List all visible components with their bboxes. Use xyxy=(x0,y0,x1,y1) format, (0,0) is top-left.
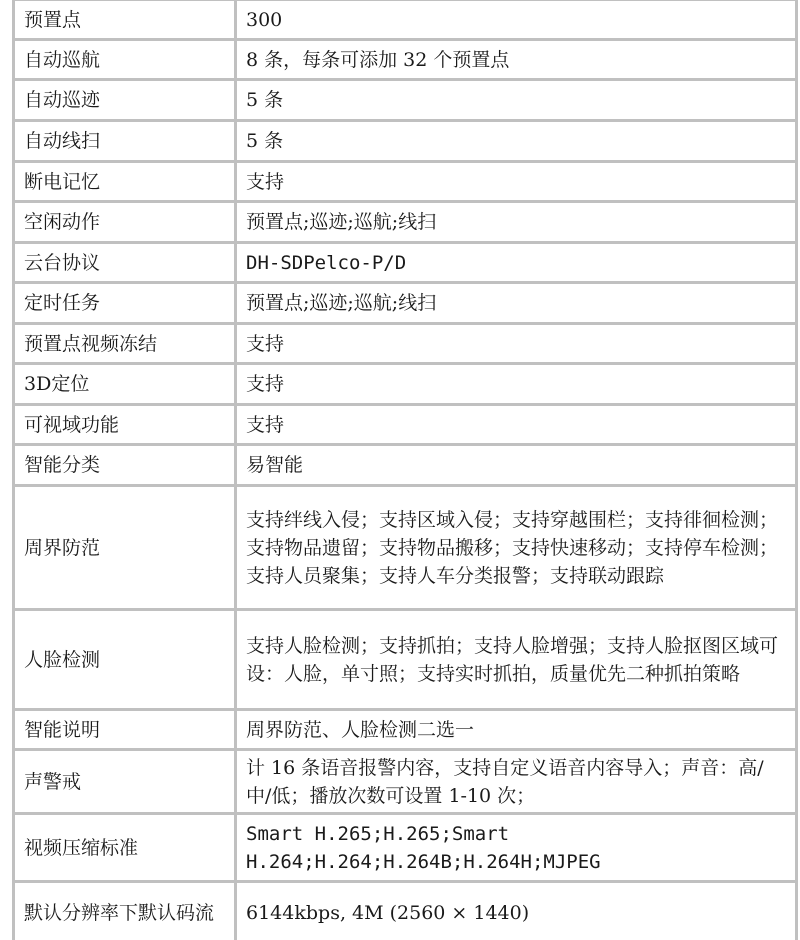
table-row: 人脸检测支持人脸检测；支持抓拍；支持人脸增强；支持人脸抠图区域可设：人脸，单寸照… xyxy=(14,610,797,710)
spec-value: 6144kbps, 4M (2560 × 1440) xyxy=(236,882,797,940)
spec-key: 断电记忆 xyxy=(14,162,236,202)
table-row: 智能分类易智能 xyxy=(14,445,797,486)
spec-key: 视频压缩标准 xyxy=(14,814,236,882)
spec-key: 自动巡迹 xyxy=(14,80,236,121)
spec-key: 预置点视频冻结 xyxy=(14,324,236,364)
spec-key: 空闲动作 xyxy=(14,202,236,243)
spec-table: 预置点300自动巡航8 条，每条可添加 32 个预置点自动巡迹5 条自动线扫5 … xyxy=(12,0,798,940)
table-row: 断电记忆支持 xyxy=(14,162,797,202)
spec-value: 周界防范、人脸检测二选一 xyxy=(236,710,797,750)
spec-value: DH-SDPelco-P/D xyxy=(236,243,797,283)
spec-value: 预置点;巡迹;巡航;线扫 xyxy=(236,202,797,243)
table-row: 3D定位支持 xyxy=(14,364,797,405)
spec-key: 智能分类 xyxy=(14,445,236,486)
spec-key: 自动线扫 xyxy=(14,121,236,162)
spec-key: 自动巡航 xyxy=(14,40,236,80)
spec-key: 人脸检测 xyxy=(14,610,236,710)
spec-key: 周界防范 xyxy=(14,486,236,610)
table-row: 云台协议DH-SDPelco-P/D xyxy=(14,243,797,283)
table-row: 视频压缩标准Smart H.265;H.265;Smart H.264;H.26… xyxy=(14,814,797,882)
spec-value: 5 条 xyxy=(236,80,797,121)
table-row: 空闲动作预置点;巡迹;巡航;线扫 xyxy=(14,202,797,243)
spec-key: 定时任务 xyxy=(14,283,236,324)
spec-value: 易智能 xyxy=(236,445,797,486)
spec-value: 支持 xyxy=(236,405,797,445)
spec-value: 支持 xyxy=(236,324,797,364)
spec-value: 5 条 xyxy=(236,121,797,162)
table-row: 定时任务预置点;巡迹;巡航;线扫 xyxy=(14,283,797,324)
spec-key: 默认分辨率下默认码流 xyxy=(14,882,236,940)
spec-value: 支持 xyxy=(236,162,797,202)
table-row: 声警戒计 16 条语音报警内容，支持自定义语音内容导入；声音：高/中/低；播放次… xyxy=(14,750,797,814)
table-row: 预置点300 xyxy=(14,0,797,40)
spec-key: 云台协议 xyxy=(14,243,236,283)
spec-value: 支持绊线入侵；支持区域入侵；支持穿越围栏；支持徘徊检测；支持物品遗留；支持物品搬… xyxy=(236,486,797,610)
spec-value: 300 xyxy=(236,0,797,40)
table-row: 可视域功能支持 xyxy=(14,405,797,445)
spec-value: 支持 xyxy=(236,364,797,405)
table-row: 预置点视频冻结支持 xyxy=(14,324,797,364)
spec-key: 智能说明 xyxy=(14,710,236,750)
spec-key: 预置点 xyxy=(14,0,236,40)
table-row: 智能说明周界防范、人脸检测二选一 xyxy=(14,710,797,750)
spec-value: 预置点;巡迹;巡航;线扫 xyxy=(236,283,797,324)
spec-key: 可视域功能 xyxy=(14,405,236,445)
table-row: 周界防范支持绊线入侵；支持区域入侵；支持穿越围栏；支持徘徊检测；支持物品遗留；支… xyxy=(14,486,797,610)
spec-value: 8 条，每条可添加 32 个预置点 xyxy=(236,40,797,80)
table-row: 自动线扫5 条 xyxy=(14,121,797,162)
spec-value: 计 16 条语音报警内容，支持自定义语音内容导入；声音：高/中/低；播放次数可设… xyxy=(236,750,797,814)
table-row: 自动巡航8 条，每条可添加 32 个预置点 xyxy=(14,40,797,80)
spec-value: Smart H.265;H.265;Smart H.264;H.264;H.26… xyxy=(236,814,797,882)
spec-key: 声警戒 xyxy=(14,750,236,814)
table-row: 默认分辨率下默认码流6144kbps, 4M (2560 × 1440) xyxy=(14,882,797,940)
table-row: 自动巡迹5 条 xyxy=(14,80,797,121)
spec-key: 3D定位 xyxy=(14,364,236,405)
spec-value: 支持人脸检测；支持抓拍；支持人脸增强；支持人脸抠图区域可设：人脸，单寸照；支持实… xyxy=(236,610,797,710)
